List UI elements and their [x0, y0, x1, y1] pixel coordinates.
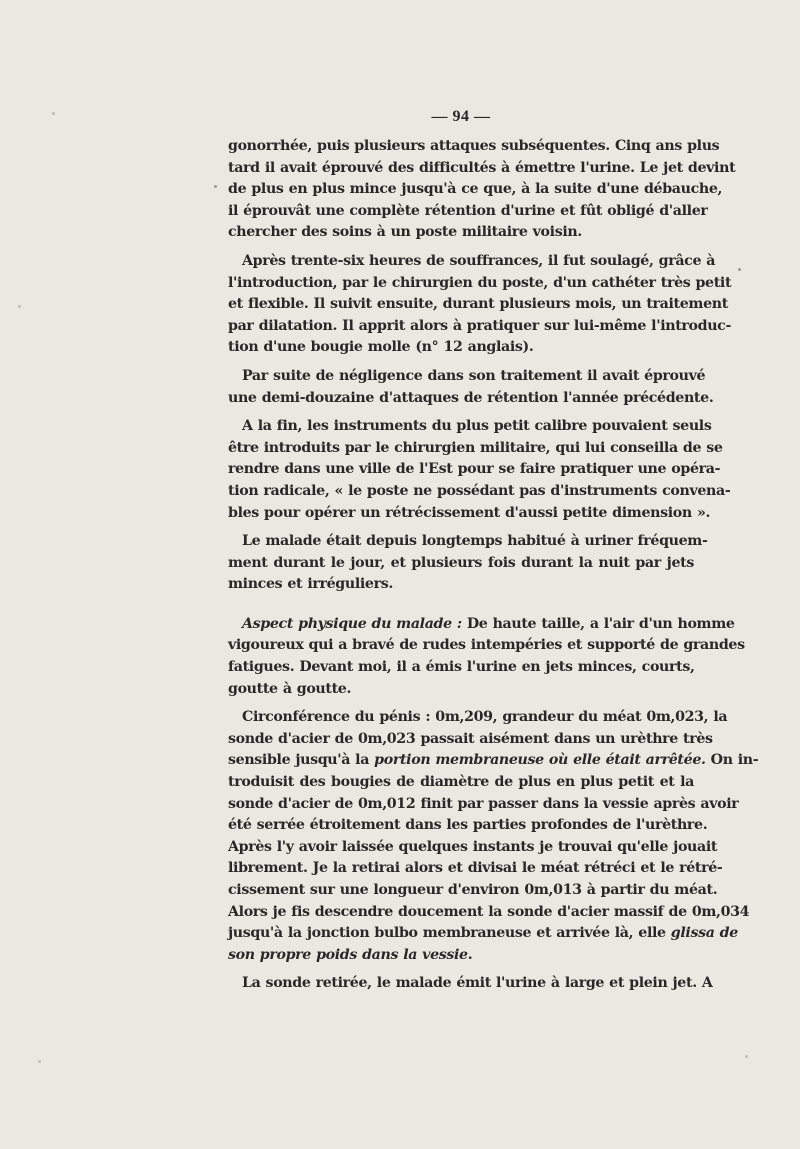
text-line: gonorrhée, puis plusieurs attaques subsé…	[228, 136, 694, 158]
section-heading-italic: Aspect physique du malade :	[242, 616, 462, 632]
text-line: Alors je fis descendre doucement la sond…	[228, 902, 694, 924]
text-line: chercher des soins à un poste militaire …	[228, 222, 694, 244]
page-number: — 94 —	[228, 106, 694, 128]
paragraph-6: Aspect physique du malade : De haute tai…	[228, 614, 694, 700]
italic-emphasis: portion membraneuse où elle était arrêté…	[374, 752, 705, 768]
paragraph-8: La sonde retirée, le malade émit l'urine…	[228, 973, 694, 995]
paragraph-1: gonorrhée, puis plusieurs attaques subsé…	[228, 136, 694, 244]
text-line: Aspect physique du malade : De haute tai…	[228, 614, 694, 636]
text-line: et flexible. Il suivit ensuite, durant p…	[228, 294, 694, 316]
text-line: minces et irréguliers.	[228, 574, 694, 596]
text-run: .	[468, 947, 473, 963]
text-line: sonde d'acier de 0m,023 passait aisément…	[228, 729, 694, 751]
paper-speck	[738, 268, 741, 271]
paragraph-4: A la fin, les instruments du plus petit …	[228, 416, 694, 524]
text-line: sonde d'acier de 0m,012 finit par passer…	[228, 794, 694, 816]
text-line: troduisit des bougies de diamètre de plu…	[228, 772, 694, 794]
paragraph-2: Après trente-six heures de souffrances, …	[228, 251, 694, 359]
text-line: bles pour opérer un rétrécissement d'aus…	[228, 503, 694, 525]
text-line: Circonférence du pénis : 0m,209, grandeu…	[228, 707, 694, 729]
italic-emphasis: son propre poids dans la vessie	[228, 947, 468, 963]
paper-speck	[745, 1055, 748, 1058]
text-line: librement. Je la retirai alors et divisa…	[228, 858, 694, 880]
paragraph-5: Le malade était depuis longtemps habitué…	[228, 531, 694, 596]
paper-speck	[52, 112, 55, 115]
text-run: jusqu'à la jonction bulbo membraneuse et…	[228, 925, 671, 941]
text-line: jusqu'à la jonction bulbo membraneuse et…	[228, 923, 694, 945]
text-line: de plus en plus mince jusqu'à ce que, à …	[228, 179, 694, 201]
text-run: On in-	[706, 752, 759, 768]
paragraph-7: Circonférence du pénis : 0m,209, grandeu…	[228, 707, 694, 966]
text-line: La sonde retirée, le malade émit l'urine…	[228, 973, 694, 995]
text-line: tion radicale, « le poste ne possédant p…	[228, 481, 694, 503]
text-line: rendre dans une ville de l'Est pour se f…	[228, 459, 694, 481]
text-line: ment durant le jour, et plusieurs fois d…	[228, 553, 694, 575]
text-line: fatigues. Devant moi, il a émis l'urine …	[228, 657, 694, 679]
text-line: A la fin, les instruments du plus petit …	[228, 416, 694, 438]
text-line: son propre poids dans la vessie.	[228, 945, 694, 967]
text-line: l'introduction, par le chirurgien du pos…	[228, 273, 694, 295]
text-line: Le malade était depuis longtemps habitué…	[228, 531, 694, 553]
text-line: Après l'y avoir laissée quelques instant…	[228, 837, 694, 859]
paper-speck	[18, 305, 21, 308]
text-line: cissement sur une longueur d'environ 0m,…	[228, 880, 694, 902]
paper-speck	[38, 1060, 41, 1063]
text-line: il éprouvât une complète rétention d'uri…	[228, 201, 694, 223]
text-line: été serrée étroitement dans les parties …	[228, 815, 694, 837]
text-line: une demi-douzaine d'attaques de rétentio…	[228, 388, 694, 410]
text-line: Par suite de négligence dans son traitem…	[228, 366, 694, 388]
text-line: tion d'une bougie molle (n° 12 anglais).	[228, 337, 694, 359]
text-run: sensible jusqu'à la	[228, 752, 374, 768]
italic-emphasis: glissa de	[671, 925, 738, 941]
text-line: tard il avait éprouvé des difficultés à …	[228, 158, 694, 180]
text-line: Après trente-six heures de souffrances, …	[228, 251, 694, 273]
paragraph-3: Par suite de négligence dans son traitem…	[228, 366, 694, 409]
text-run: De haute taille, a l'air d'un homme	[462, 616, 735, 632]
text-line: être introduits par le chirurgien milita…	[228, 438, 694, 460]
document-page: — 94 — gonorrhée, puis plusieurs attaque…	[228, 106, 694, 1002]
text-line: par dilatation. Il apprit alors à pratiq…	[228, 316, 694, 338]
text-line: sensible jusqu'à la portion membraneuse …	[228, 750, 694, 772]
paper-speck	[214, 185, 217, 188]
text-line: vigoureux qui a bravé de rudes intempéri…	[228, 635, 694, 657]
text-line: goutte à goutte.	[228, 679, 694, 701]
